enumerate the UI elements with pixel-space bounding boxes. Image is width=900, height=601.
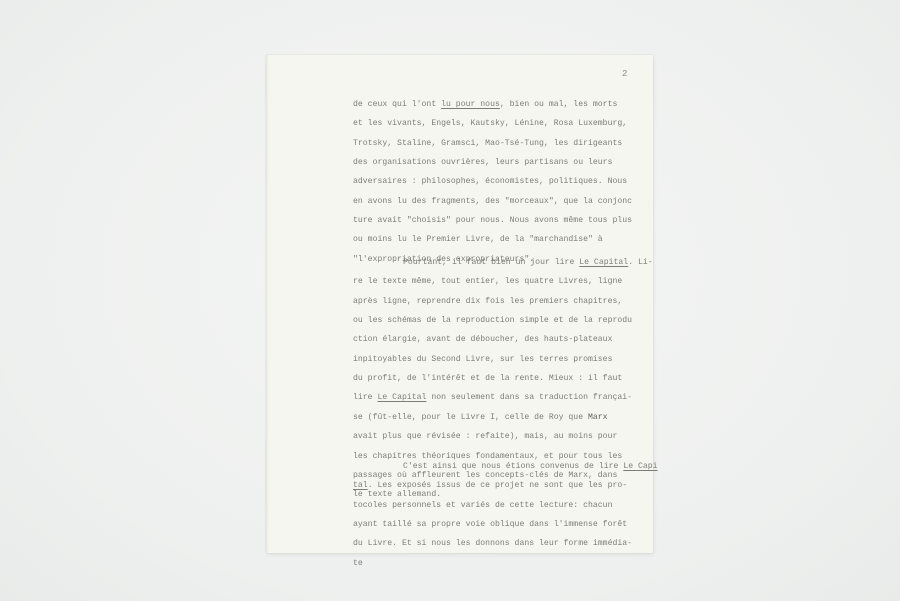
text-run: . Li- <box>628 258 652 267</box>
text-run: se (fût-elle, pour le Livre I, celle de … <box>353 413 588 422</box>
text-line: le texte allemand. <box>353 490 441 500</box>
text-run: de ceux qui l'ont <box>353 100 441 109</box>
text-run: , bien ou mal, les morts <box>500 100 618 109</box>
text-run: ou les schémas de la reproduction simple… <box>353 316 632 325</box>
text-run: re le texte même, tout entier, les quatr… <box>353 277 622 286</box>
overtyped-word: Marx <box>588 413 608 422</box>
text-line: du Livre. Et si nous les donnons dans le… <box>353 539 632 549</box>
text-line: ction élargie, avant de déboucher, des h… <box>353 335 612 345</box>
text-line: ayant taillé sa propre voie oblique dans… <box>353 520 627 530</box>
text-line: après ligne, reprendre dix fois les prem… <box>353 297 622 307</box>
text-run: ture avait "choisis" pour nous. Nous avo… <box>353 216 632 225</box>
underlined-title: lu pour nous <box>441 100 500 109</box>
text-line: du profit, de l'intérêt et de la rente. … <box>353 374 622 384</box>
text-line: re le texte même, tout entier, les quatr… <box>353 277 622 287</box>
text-run: des organisations ouvrières, leurs parti… <box>353 158 612 167</box>
text-run: ou moins lu le Premier Livre, de la "mar… <box>353 235 603 244</box>
text-line: se (fût-elle, pour le Livre I, celle de … <box>353 413 608 423</box>
text-line: te <box>353 559 363 569</box>
text-line: Pourtant, il faut bien un jour lire Le C… <box>403 258 653 268</box>
text-line: tocoles personnels et variés de cette le… <box>353 501 612 511</box>
text-line: ture avait "choisis" pour nous. Nous avo… <box>353 216 632 226</box>
text-run: Pourtant, il faut bien un jour lire <box>403 258 579 267</box>
text-run: du Livre. Et si nous les donnons dans le… <box>353 539 632 548</box>
text-run: le texte allemand. <box>353 490 441 499</box>
text-line: les chapitres théoriques fondamentaux, e… <box>353 452 622 462</box>
text-run: et les vivants, Engels, Kautsky, Lénine,… <box>353 119 627 128</box>
underlined-title: tal <box>353 481 368 490</box>
text-run: lire <box>353 393 377 402</box>
text-line: Trotsky, Staline, Gramsci, Mao-Tsé-Tung,… <box>353 139 622 149</box>
text-line: de ceux qui l'ont lu pour nous, bien ou … <box>353 100 617 110</box>
text-run: du profit, de l'intérêt et de la rente. … <box>353 374 622 383</box>
text-run: en avons lu des fragments, des "morceaux… <box>353 197 632 206</box>
text-line: adversaires : philosophes, économistes, … <box>353 177 627 187</box>
text-run: te <box>353 559 363 568</box>
text-run: C'est ainsi que nous étions convenus de … <box>403 462 623 471</box>
underlined-title: Le Capital <box>377 393 426 402</box>
text-run: non seulement dans sa traduction françai… <box>426 393 632 402</box>
text-line: ou moins lu le Premier Livre, de la "mar… <box>353 235 603 245</box>
text-run: après ligne, reprendre dix fois les prem… <box>353 297 622 306</box>
text-run: tocoles personnels et variés de cette le… <box>353 501 612 510</box>
text-line: des organisations ouvrières, leurs parti… <box>353 158 612 168</box>
page-number: 2 <box>622 69 627 79</box>
text-run: passages où affleurent les concepts-clés… <box>353 471 617 480</box>
text-run: adversaires : philosophes, économistes, … <box>353 177 627 186</box>
text-run: inpitoyables du Second Livre, sur les te… <box>353 355 612 364</box>
text-line: avait plus que révisée : refaite), mais,… <box>353 432 617 442</box>
text-line: ou les schémas de la reproduction simple… <box>353 316 632 326</box>
text-run: avait plus que révisée : refaite), mais,… <box>353 432 617 441</box>
text-line: passages où affleurent les concepts-clés… <box>353 471 617 481</box>
text-line: inpitoyables du Second Livre, sur les te… <box>353 355 612 365</box>
text-line: lire Le Capital non seulement dans sa tr… <box>353 393 632 403</box>
text-line: en avons lu des fragments, des "morceaux… <box>353 197 632 207</box>
text-line: et les vivants, Engels, Kautsky, Lénine,… <box>353 119 627 129</box>
text-run: . Les exposés issus de ce projet ne sont… <box>368 481 627 490</box>
underlined-title: Le Capi <box>623 462 657 471</box>
text-run: les chapitres théoriques fondamentaux, e… <box>353 452 622 461</box>
text-run: ction élargie, avant de déboucher, des h… <box>353 335 612 344</box>
text-line: C'est ainsi que nous étions convenus de … <box>403 462 658 472</box>
text-line: tal. Les exposés issus de ce projet ne s… <box>353 481 627 491</box>
typewritten-page: 2 de ceux qui l'ont lu pour nous, bien o… <box>266 55 653 553</box>
underlined-title: Le Capital <box>579 258 628 267</box>
text-run: ayant taillé sa propre voie oblique dans… <box>353 520 627 529</box>
text-run: Trotsky, Staline, Gramsci, Mao-Tsé-Tung,… <box>353 139 622 148</box>
